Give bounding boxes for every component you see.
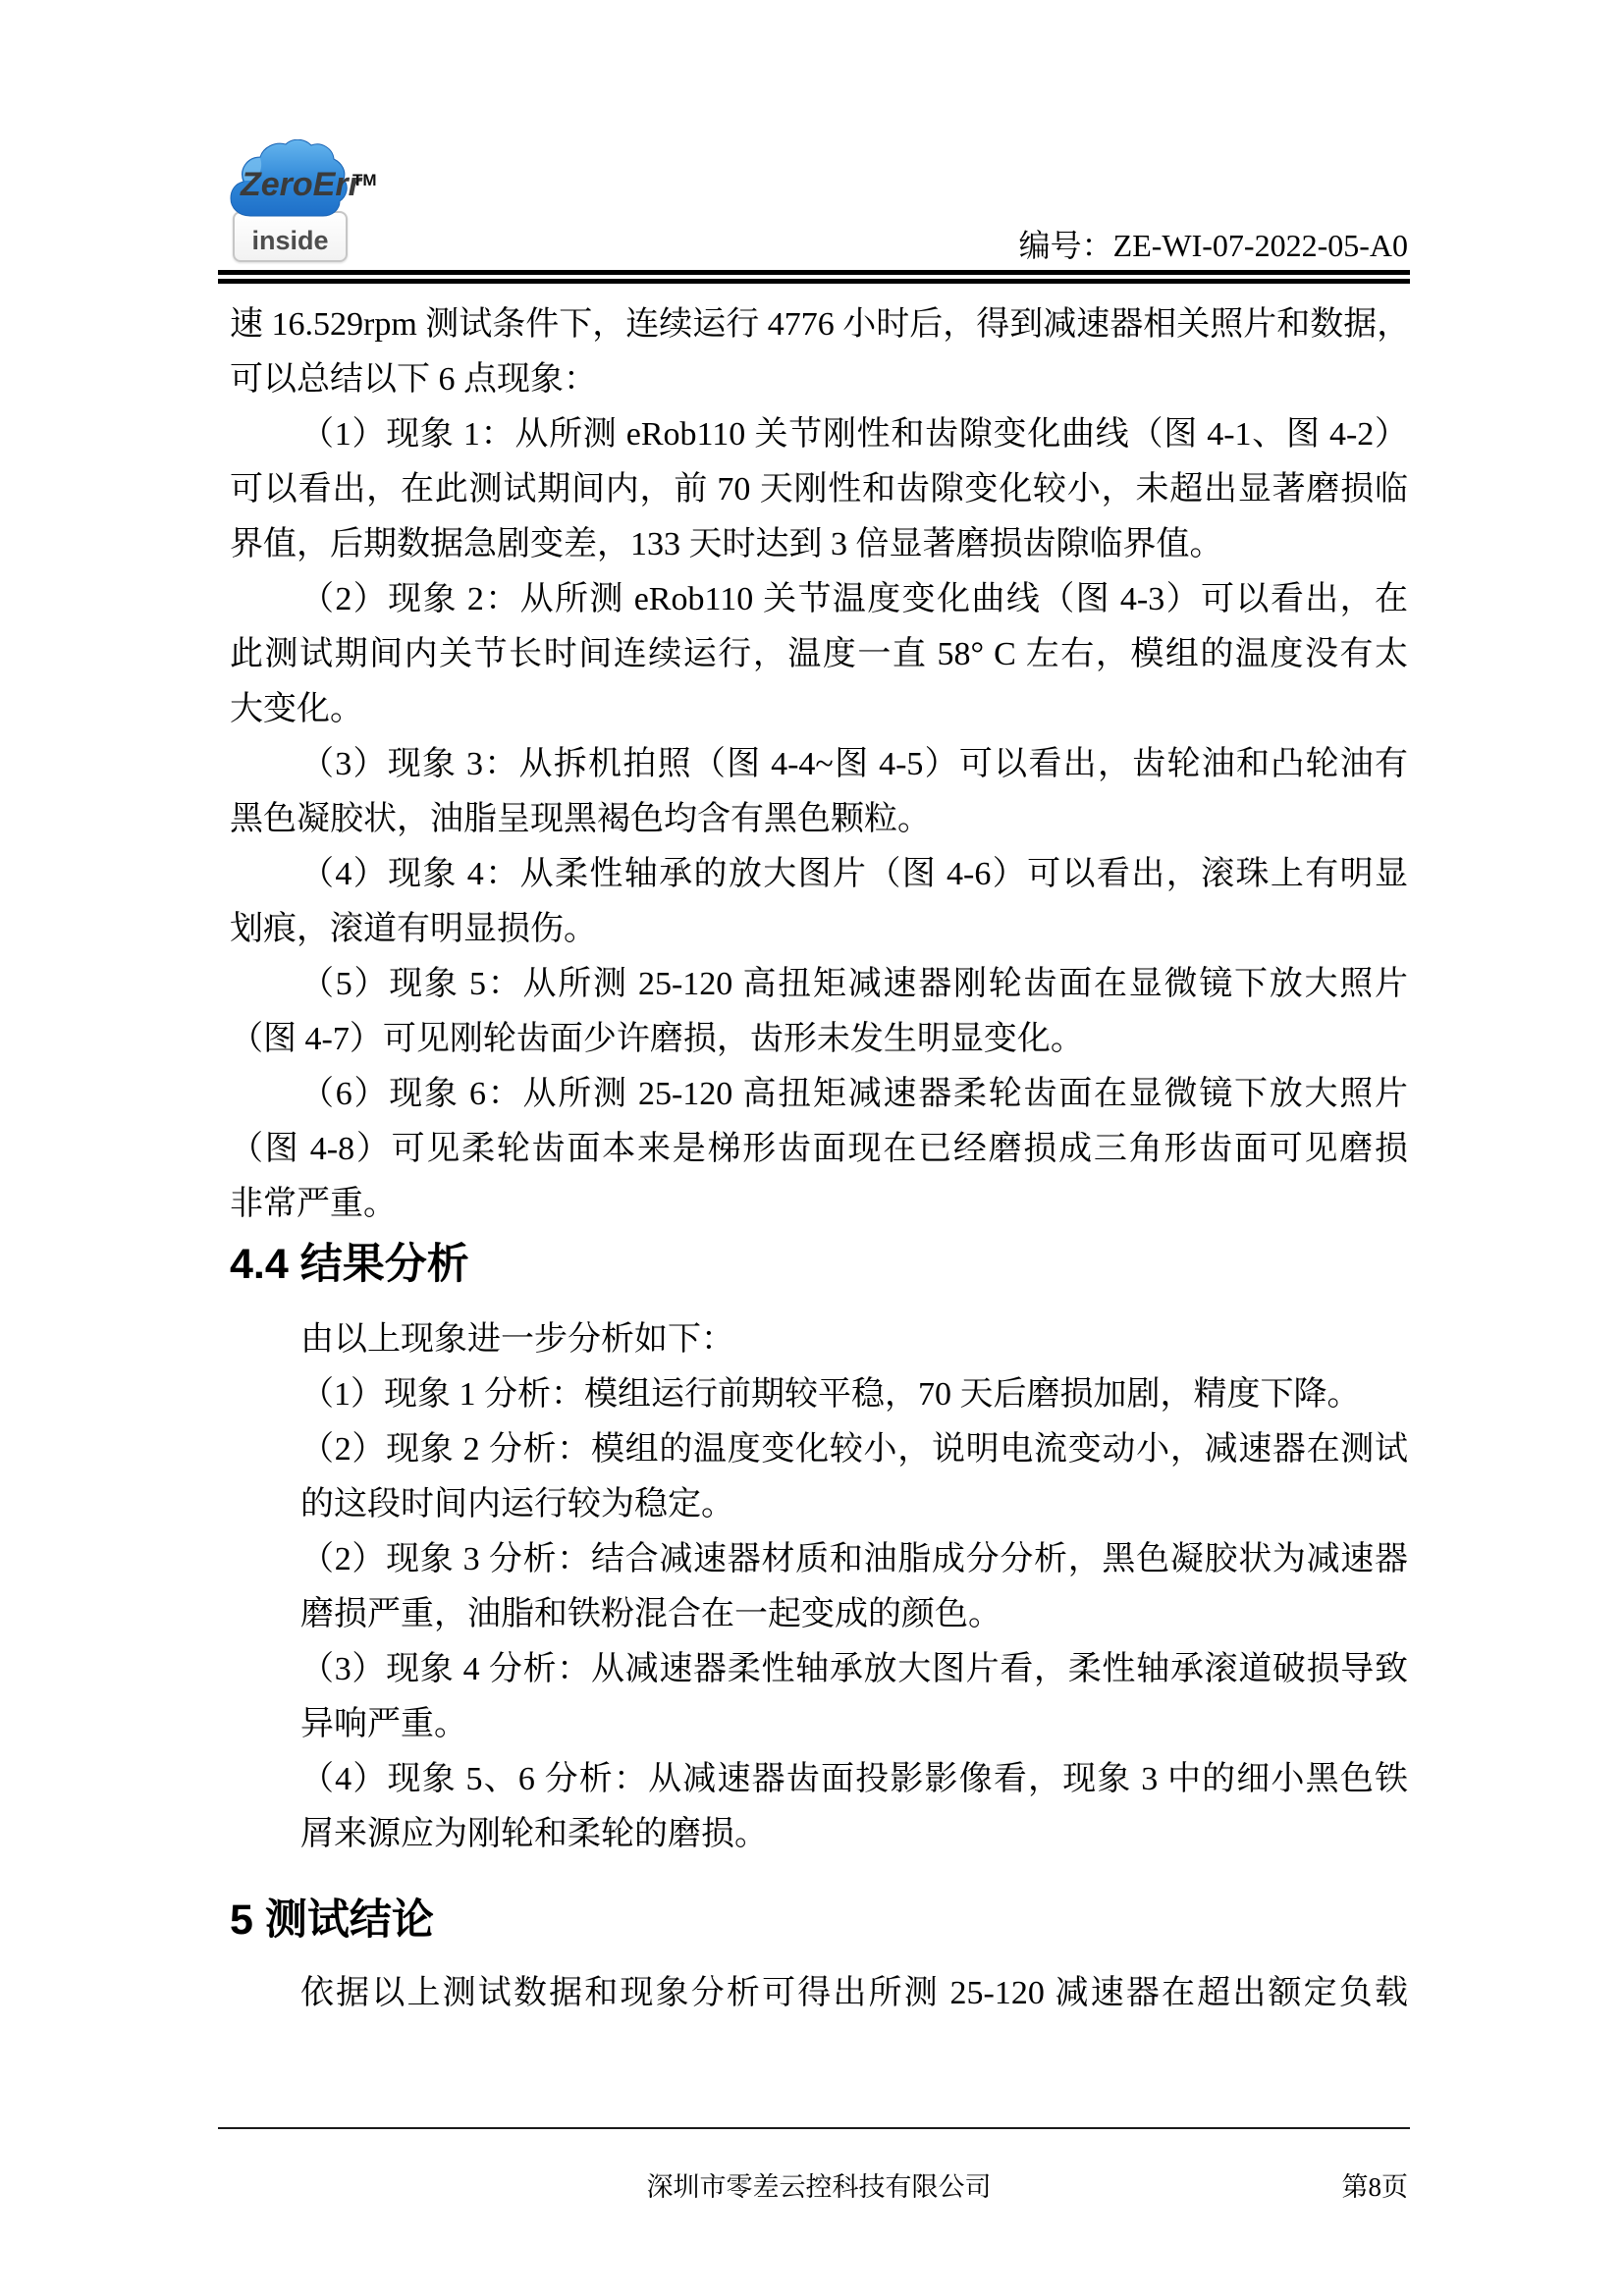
body-line: 可以看出，在此测试期间内，前 70 天刚性和齿隙变化较小，未超出显著磨损临 — [230, 462, 1408, 517]
body-line: 异响严重。 — [230, 1697, 1408, 1752]
body-line: 黑色凝胶状，油脂呈现黑褐色均含有黑色颗粒。 — [230, 792, 1408, 847]
body-line: 此测试期间内关节长时间连续运行，温度一直 58° C 左右，模组的温度没有太 — [230, 627, 1408, 682]
document-page: inside ZeroErr TM 编号：ZE-WI-07-2022-05-A0… — [0, 0, 1623, 2296]
results-analysis-heading: 4.4 结果分析 — [230, 1234, 1408, 1295]
logo-brand-text: ZeroErr — [241, 163, 351, 206]
body-line: 界值，后期数据急剧变差，133 天时达到 3 倍显著磨损齿隙临界值。 — [230, 517, 1408, 572]
analysis-section: 由以上现象进一步分析如下：（1）现象 1 分析：模组运行前期较平稳，70 天后磨… — [230, 1312, 1408, 1862]
body-line: （1）现象 1 分析：模组运行前期较平稳，70 天后磨损加剧，精度下降。 — [230, 1367, 1408, 1422]
header-rule — [218, 270, 1410, 284]
body-line: （4）现象 5、6 分析：从减速器齿面投影影像看，现象 3 中的细小黑色铁 — [230, 1752, 1408, 1807]
body-line: （3）现象 3：从拆机拍照（图 4-4~图 4-5）可以看出，齿轮油和凸轮油有 — [230, 737, 1408, 792]
body-line: 非常严重。 — [230, 1177, 1408, 1232]
doc-number: 编号：ZE-WI-07-2022-05-A0 — [1019, 224, 1408, 267]
footer-company: 深圳市零差云控科技有限公司 — [647, 2167, 992, 2207]
phenomena-section: 速 16.529rpm 测试条件下，连续运行 4776 小时后，得到减速器相关照… — [230, 297, 1408, 1232]
footer-rule — [218, 2127, 1410, 2129]
body-line: 划痕，滚道有明显损伤。 — [230, 902, 1408, 957]
body-line: 依据以上测试数据和现象分析可得出所测 25-120 减速器在超出额定负载 — [230, 1966, 1408, 2021]
body-line: （图 4-8）可见柔轮齿面本来是梯形齿面现在已经磨损成三角形齿面可见磨损 — [230, 1122, 1408, 1177]
body-line: 速 16.529rpm 测试条件下，连续运行 4776 小时后，得到减速器相关照… — [230, 297, 1408, 352]
body-line: 大变化。 — [230, 682, 1408, 737]
body-line: （1）现象 1：从所测 eRob110 关节刚性和齿隙变化曲线（图 4-1、图 … — [230, 407, 1408, 462]
logo-trademark: TM — [352, 171, 377, 190]
logo-inside-label: inside — [251, 221, 328, 260]
body-line: （4）现象 4：从柔性轴承的放大图片（图 4-6）可以看出，滚珠上有明显 — [230, 847, 1408, 902]
body-line: 的这段时间内运行较为稳定。 — [230, 1477, 1408, 1532]
body-line: （2）现象 2 分析：模组的温度变化较小，说明电流变动小，减速器在测试 — [230, 1422, 1408, 1477]
conclusion-section: 依据以上测试数据和现象分析可得出所测 25-120 减速器在超出额定负载 — [230, 1966, 1408, 2021]
body-line: 可以总结以下 6 点现象： — [230, 352, 1408, 407]
body-line: 屑来源应为刚轮和柔轮的磨损。 — [230, 1807, 1408, 1862]
body-line: （图 4-7）可见刚轮齿面少许磨损，齿形未发生明显变化。 — [230, 1012, 1408, 1067]
body-line: （2）现象 3 分析：结合减速器材质和油脂成分分析，黑色凝胶状为减速器 — [230, 1532, 1408, 1587]
body-line: （2）现象 2：从所测 eRob110 关节温度变化曲线（图 4-3）可以看出，… — [230, 572, 1408, 627]
body-line: 由以上现象进一步分析如下： — [230, 1312, 1408, 1367]
body-line: （6）现象 6：从所测 25-120 高扭矩减速器柔轮齿面在显微镜下放大照片 — [230, 1067, 1408, 1122]
page-footer: 深圳市零差云控科技有限公司 第8页 — [230, 2167, 1408, 2211]
body-line: 磨损严重，油脂和铁粉混合在一起变成的颜色。 — [230, 1587, 1408, 1642]
body-line: （3）现象 4 分析：从减速器柔性轴承放大图片看，柔性轴承滚道破损导致 — [230, 1642, 1408, 1697]
zeroerr-logo: inside ZeroErr TM — [233, 137, 390, 265]
footer-page-number: 第8页 — [1342, 2167, 1409, 2207]
body-content: 速 16.529rpm 测试条件下，连续运行 4776 小时后，得到减速器相关照… — [230, 297, 1408, 2021]
body-line: （5）现象 5：从所测 25-120 高扭矩减速器刚轮齿面在显微镜下放大照片 — [230, 957, 1408, 1012]
conclusion-heading: 5 测试结论 — [230, 1890, 1408, 1950]
